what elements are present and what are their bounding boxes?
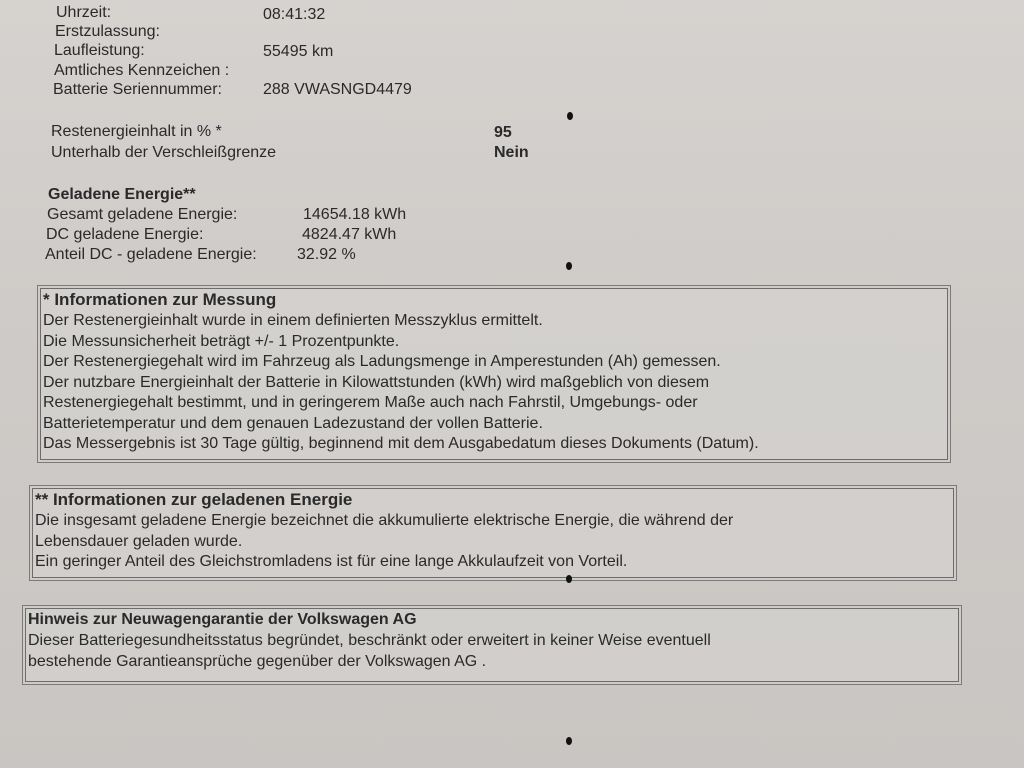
info-measurement-title: * Informationen zur Messung [41, 289, 947, 311]
paper-dot [567, 112, 573, 120]
label-mileage: Laufleistung: [54, 41, 145, 61]
info-energy-title: ** Informationen zur geladenen Energie [33, 489, 953, 511]
info-measurement-line: Restenergiegehalt bestimmt, und in gerin… [41, 393, 947, 414]
info-measurement-line: Das Messergebnis ist 30 Tage gültig, beg… [41, 434, 947, 455]
value-battery-serial: 288 VWASNGD4479 [263, 80, 412, 100]
label-wear-limit: Unterhalb der Verschleißgrenze [51, 143, 276, 163]
value-remaining-energy: 95 [494, 123, 512, 143]
value-time: 08:41:32 [263, 5, 325, 25]
info-energy-box: ** Informationen zur geladenen Energie D… [32, 488, 954, 578]
label-remaining-energy: Restenergieinhalt in % * [51, 122, 222, 142]
info-energy-line: Ein geringer Anteil des Gleichstromladen… [33, 552, 953, 573]
label-total-energy: Gesamt geladene Energie: [47, 205, 237, 225]
label-time: Uhrzeit: [56, 3, 111, 23]
value-total-energy: 14654.18 kWh [303, 205, 406, 225]
info-energy-line: Die insgesamt geladene Energie bezeichne… [33, 511, 953, 532]
info-measurement-line: Der nutzbare Energieinhalt der Batterie … [41, 373, 947, 394]
paper-dot [566, 737, 572, 745]
paper-dot [566, 262, 572, 270]
info-measurement-line: Der Restenergieinhalt wurde in einem def… [41, 311, 947, 332]
value-mileage: 55495 km [263, 42, 333, 62]
warranty-note-line: bestehende Garantieansprüche gegenüber d… [26, 652, 958, 673]
charged-energy-heading: Geladene Energie** [48, 185, 196, 205]
warranty-note-box: Hinweis zur Neuwagengarantie der Volkswa… [25, 608, 959, 682]
info-measurement-line: Die Messunsicherheit beträgt +/- 1 Proze… [41, 332, 947, 353]
info-measurement-line: Batterietemperatur und dem genauen Ladez… [41, 414, 947, 435]
value-dc-energy: 4824.47 kWh [302, 225, 396, 245]
warranty-note-line: Dieser Batteriegesundheitsstatus begründ… [26, 631, 958, 652]
label-battery-serial: Batterie Seriennummer: [53, 80, 222, 100]
value-dc-share: 32.92 % [297, 245, 356, 265]
label-license-plate: Amtliches Kennzeichen : [54, 61, 229, 81]
value-wear-limit: Nein [494, 143, 529, 163]
paper-dot [566, 575, 572, 583]
label-dc-energy: DC geladene Energie: [46, 225, 203, 245]
info-measurement-box: * Informationen zur Messung Der Restener… [40, 288, 948, 460]
warranty-note-title: Hinweis zur Neuwagengarantie der Volkswa… [26, 609, 958, 631]
info-measurement-line: Der Restenergiegehalt wird im Fahrzeug a… [41, 352, 947, 373]
label-dc-share: Anteil DC - geladene Energie: [45, 245, 257, 265]
label-first-registration: Erstzulassung: [55, 22, 160, 42]
info-energy-line: Lebensdauer geladen wurde. [33, 532, 953, 553]
